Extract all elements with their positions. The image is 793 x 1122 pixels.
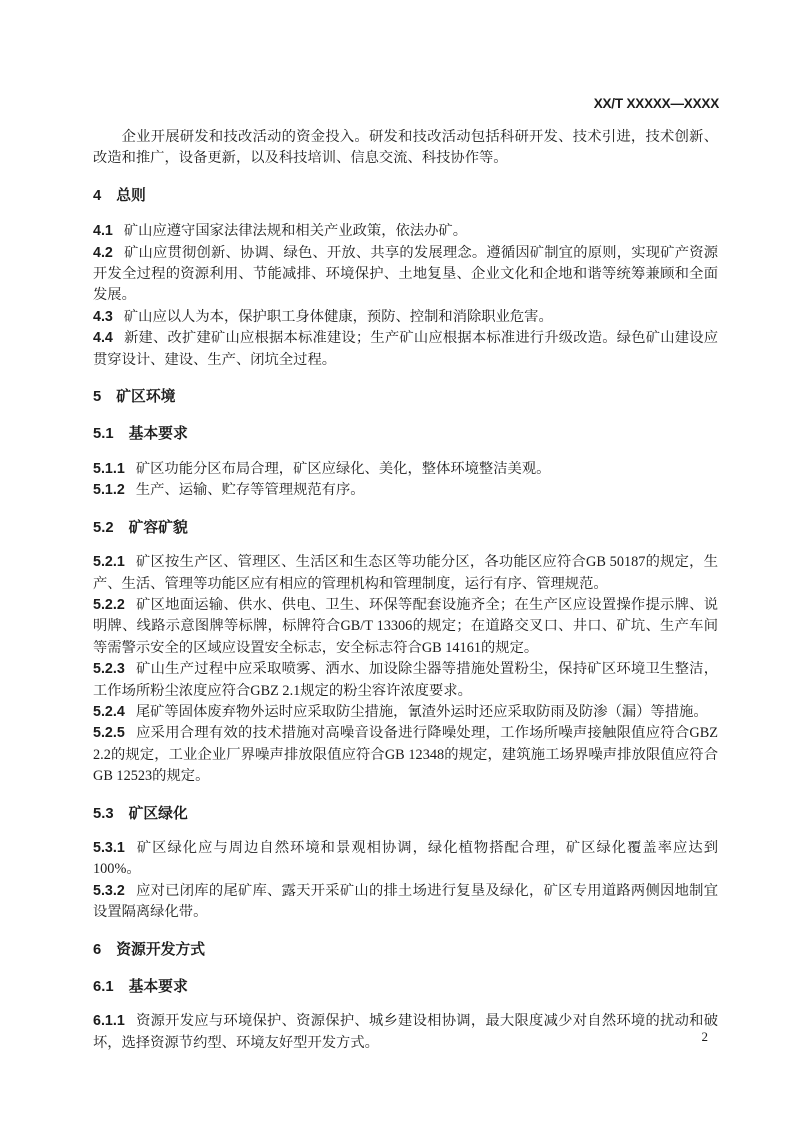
chapter-title: 总则 [116,188,146,204]
clause-4-1: 4.1矿山应遵守国家法律法规和相关产业政策，依法办矿。 [93,221,718,242]
clause-number: 6.1.1 [93,1013,125,1029]
clause-number: 5.3.2 [93,883,125,899]
subsection-number: 6.1 [93,979,114,995]
clause-number: 4.2 [93,245,113,261]
clause-number: 5.1.2 [93,482,125,498]
intro-paragraph: 企业开展研发和技改活动的资金投入。研发和技改活动包括科研开发、技术引进，技术创新… [93,127,718,170]
subsection-number: 5.2 [93,520,114,536]
chapter-number: 5 [93,389,101,405]
clause-5-1-1: 5.1.1矿区功能分区布局合理，矿区应绿化、美化，整体环境整洁美观。 [93,459,718,480]
chapter-number: 6 [93,942,101,958]
chapter-title: 资源开发方式 [116,942,205,958]
heading-sub-6-1: 6.1基本要求 [93,977,718,998]
subsection-title: 矿区绿化 [129,806,188,822]
heading-chapter-4: 4总则 [93,186,718,207]
clause-number: 5.2.2 [93,597,125,613]
document-page: XX/T XXXXX—XXXX 企业开展研发和技改活动的资金投入。研发和技改活动… [0,0,793,1122]
clause-text: 矿山应以人为本，保护职工身体健康，预防、控制和消除职业危害。 [124,309,553,325]
clause-text: 尾矿等固体废弃物外运时应采取防尘措施，氰渣外运时还应采取防雨及防渗（漏）等措施。 [136,704,708,720]
clause-number: 4.4 [93,330,113,346]
subsection-title: 基本要求 [129,979,188,995]
heading-sub-5-2: 5.2矿容矿貌 [93,518,718,539]
clause-text: 应采用合理有效的技术措施对高噪音设备进行降噪处理，工作场所噪声接触限值应符合GB… [93,725,718,784]
chapter-title: 矿区环境 [116,389,175,405]
clause-text: 矿山生产过程中应采取喷雾、洒水、加设除尘器等措施处置粉尘，保持矿区环境卫生整洁，… [93,661,718,698]
clause-5-3-2: 5.3.2应对已闭库的尾矿库、露天开采矿山的排土场进行复垦及绿化，矿区专用道路两… [93,881,718,924]
clause-number: 5.2.5 [93,725,125,741]
standard-code-header: XX/T XXXXX—XXXX [594,96,719,111]
clause-5-2-4: 5.2.4尾矿等固体废弃物外运时应采取防尘措施，氰渣外运时还应采取防雨及防渗（漏… [93,702,718,723]
page-content: 企业开展研发和技改活动的资金投入。研发和技改活动包括科研开发、技术引进，技术创新… [93,127,718,1054]
clause-5-2-3: 5.2.3矿山生产过程中应采取喷雾、洒水、加设除尘器等措施处置粉尘，保持矿区环境… [93,659,718,702]
clause-5-1-2: 5.1.2生产、运输、贮存等管理规范有序。 [93,480,718,501]
clause-number: 5.3.1 [93,840,125,856]
clause-text: 应对已闭库的尾矿库、露天开采矿山的排土场进行复垦及绿化，矿区专用道路两侧因地制宜… [93,883,718,920]
clause-text: 矿区功能分区布局合理，矿区应绿化、美化，整体环境整洁美观。 [136,461,551,477]
clause-5-2-1: 5.2.1矿区按生产区、管理区、生活区和生态区等功能分区，各功能区应符合GB 5… [93,552,718,595]
subsection-number: 5.1 [93,426,114,442]
heading-sub-5-1: 5.1基本要求 [93,424,718,445]
clause-4-3: 4.3矿山应以人为本，保护职工身体健康，预防、控制和消除职业危害。 [93,307,718,328]
heading-sub-5-3: 5.3矿区绿化 [93,804,718,825]
clause-number: 4.1 [93,223,113,239]
clause-text: 资源开发应与环境保护、资源保护、城乡建设相协调，最大限度减少对自然环境的扰动和破… [93,1013,718,1050]
subsection-title: 基本要求 [129,426,188,442]
clause-5-3-1: 5.3.1矿区绿化应与周边自然环境和景观相协调，绿化植物搭配合理，矿区绿化覆盖率… [93,838,718,881]
page-number: 2 [702,1029,709,1045]
clause-5-2-5: 5.2.5应采用合理有效的技术措施对高噪音设备进行降噪处理，工作场所噪声接触限值… [93,723,718,787]
clause-6-1-1: 6.1.1资源开发应与环境保护、资源保护、城乡建设相协调，最大限度减少对自然环境… [93,1011,718,1054]
subsection-title: 矿容矿貌 [129,520,188,536]
clause-text: 新建、改扩建矿山应根据本标准建设；生产矿山应根据本标准进行升级改造。绿色矿山建设… [93,330,718,367]
clause-4-2: 4.2矿山应贯彻创新、协调、绿色、开放、共享的发展理念。遵循因矿制宜的原则，实现… [93,243,718,307]
clause-text: 矿山应遵守国家法律法规和相关产业政策，依法办矿。 [124,223,467,239]
clause-text: 矿区绿化应与周边自然环境和景观相协调，绿化植物搭配合理，矿区绿化覆盖率应达到10… [93,840,718,877]
clause-number: 5.2.3 [93,661,125,677]
clause-4-4: 4.4新建、改扩建矿山应根据本标准建设；生产矿山应根据本标准进行升级改造。绿色矿… [93,328,718,371]
clause-number: 4.3 [93,309,113,325]
chapter-number: 4 [93,188,101,204]
subsection-number: 5.3 [93,806,114,822]
clause-number: 5.2.4 [93,704,125,720]
clause-number: 5.1.1 [93,461,125,477]
clause-5-2-2: 5.2.2矿区地面运输、供水、供电、卫生、环保等配套设施齐全；在生产区应设置操作… [93,595,718,659]
clause-text: 矿区地面运输、供水、供电、卫生、环保等配套设施齐全；在生产区应设置操作提示牌、说… [93,597,718,656]
clause-text: 生产、运输、贮存等管理规范有序。 [136,482,365,498]
heading-chapter-5: 5矿区环境 [93,387,718,408]
heading-chapter-6: 6资源开发方式 [93,940,718,961]
clause-text: 矿山应贯彻创新、协调、绿色、开放、共享的发展理念。遵循因矿制宜的原则，实现矿产资… [93,245,718,304]
clause-number: 5.2.1 [93,554,125,570]
clause-text: 矿区按生产区、管理区、生活区和生态区等功能分区，各功能区应符合GB 50187的… [93,554,718,591]
